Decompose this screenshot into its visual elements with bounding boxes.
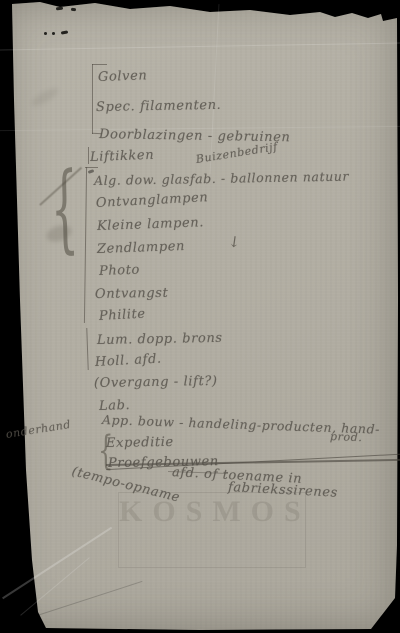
down-arrow-mark: ↓ [227,232,242,252]
handwritten-line: Zendlampen [97,239,186,257]
left-curly-brace: { [49,150,79,265]
handwritten-line: Expeditie [106,435,174,451]
group-bracket-tick [92,64,107,65]
handwritten-line: Golven [98,68,148,85]
line-continuation: prod. [330,430,363,444]
handwritten-line: Lum. dopp. brons [97,331,223,348]
group-bracket-line [92,64,93,134]
ink-dot [52,32,55,35]
watermark-text: KOSMOS [119,495,305,529]
watermark-frame: KOSMOS [118,492,306,568]
handwritten-line: Spec. filamenten. [96,98,222,115]
handwritten-line: Philite [99,307,146,324]
handwritten-line: Liftikken [90,148,155,165]
handwritten-line: (Overgang - lift?) [94,374,218,391]
handwritten-line: Ontvangst [95,286,169,302]
ink-dot [44,32,47,35]
ink-dot [71,8,76,12]
handwritten-line: Photo [99,263,140,279]
group-bracket-tick [85,167,98,168]
scanned-page: { Golven Spec. filamenten. Doorblazingen… [0,0,400,633]
